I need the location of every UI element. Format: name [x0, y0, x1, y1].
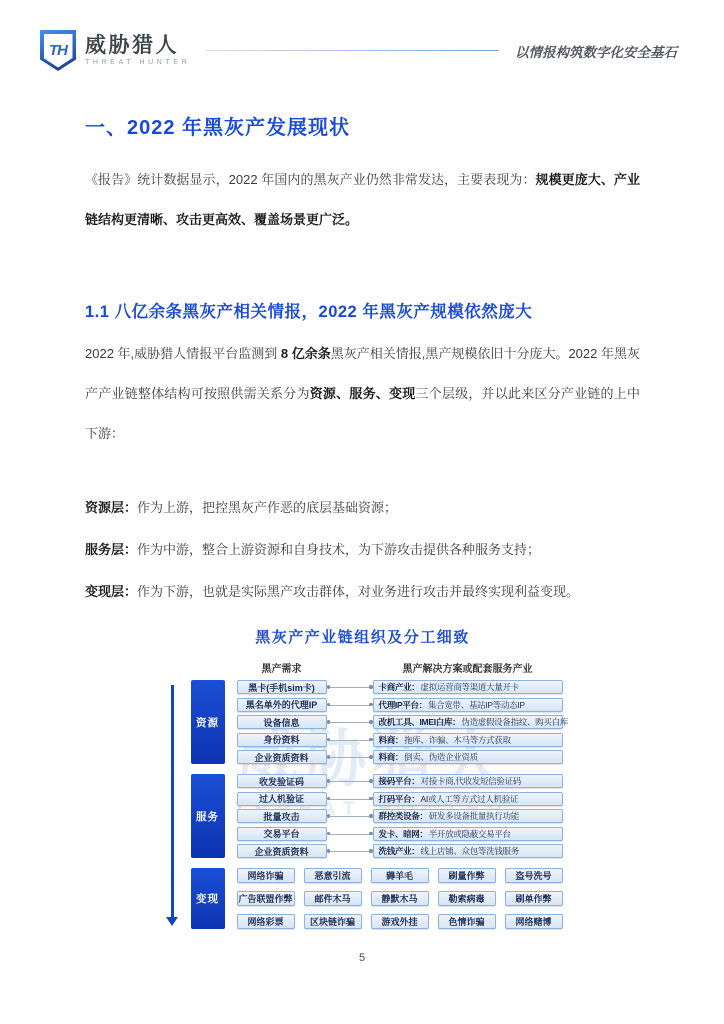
- solution-box: 接码平台：对接卡商,代收发短信验证码: [373, 774, 563, 788]
- solution-box: 洗钱产业：线上店铺、众包等洗钱服务: [373, 844, 563, 858]
- connector-dot: [369, 779, 373, 783]
- monetize-cell: 静默木马: [371, 891, 429, 906]
- group-rows: 黑卡(手机sim卡) 卡商产业：虚拟运营商等渠道大量开卡 黑名单外的代理IP 代…: [237, 680, 563, 764]
- need-box: 交易平台: [237, 827, 327, 841]
- need-box: 企业资质资料: [237, 750, 327, 764]
- connector-dot: [327, 814, 331, 818]
- solution-desc: AI或人工等方式过人机验证: [421, 793, 519, 805]
- connector-dot: [327, 832, 331, 836]
- section-title: 一、2022 年黑灰产发展现状: [85, 111, 640, 140]
- paragraph-bold-text: 资源、服务、变现: [310, 386, 416, 401]
- connector-dot: [327, 779, 331, 783]
- group-label-resource: 资源: [191, 680, 225, 764]
- report-page: TH 威胁猎人 THREAT HUNTER 以情报构筑数字化安全基石 一、202…: [0, 0, 724, 1024]
- solution-box: 发卡、暗网：半开放或隐蔽交易平台: [373, 827, 563, 841]
- solution-label: 卡商产业：: [379, 681, 420, 693]
- solution-desc: 集合宽带、基站IP等动态IP: [428, 699, 525, 711]
- header-divider: [206, 50, 499, 51]
- diagram-row: 设备信息 改机工具、IMEI白库：伪造虚假设备指纹、购买白库: [237, 715, 563, 729]
- need-box: 收发验证码: [237, 774, 327, 788]
- need-box: 设备信息: [237, 715, 327, 729]
- connector-dot: [327, 755, 331, 759]
- monetize-cell: 恶意引流: [304, 868, 362, 883]
- brand-logo: TH 威胁猎人 THREAT HUNTER: [40, 30, 190, 71]
- group-label-service: 服务: [191, 774, 225, 858]
- paragraph-bold-text: 8 亿余条: [281, 346, 331, 361]
- diagram-row: 企业资质资料 洗钱产业：线上店铺、众包等洗钱服务: [237, 844, 563, 858]
- monetize-cell: 盗号洗号: [505, 868, 563, 883]
- solution-box: 群控类设备：研发多设备批量执行功能: [373, 809, 563, 823]
- definition-monetize-layer: 变现层：作为下游，也就是实际黑产攻击群体，对业务进行攻击并最终实现利益变现。: [85, 584, 640, 600]
- solution-desc: 倒卖、伪造企业资质: [404, 751, 478, 763]
- monetize-cell: 色情诈骗: [438, 914, 496, 929]
- solution-label: 发卡、暗网：: [379, 828, 428, 840]
- diagram-row: 过人机验证 打码平台：AI或人工等方式过人机验证: [237, 792, 563, 806]
- monetize-cell: 刷单作弊: [505, 891, 563, 906]
- monetize-cell: 网络赌博: [505, 914, 563, 929]
- connector-dot: [369, 755, 373, 759]
- brand-name-en: THREAT HUNTER: [85, 59, 190, 66]
- solution-box: 代理IP平台：集合宽带、基站IP等动态IP: [373, 698, 563, 712]
- monetize-cell: 网络诈骗: [237, 868, 295, 883]
- diagram-title: 黑灰产产业链组织及分工细致: [85, 626, 640, 647]
- connector-line: [327, 774, 373, 788]
- monetize-cell: 邮件木马: [304, 891, 362, 906]
- group-resource: 资源 黑卡(手机sim卡) 卡商产业：虚拟运营商等渠道大量开卡 黑名单外的代理I…: [191, 680, 563, 764]
- definition-resource-layer: 资源层：作为上游，把控黑灰产作恶的底层基础资源；: [85, 500, 640, 516]
- connector-line: [327, 792, 373, 806]
- group-rows: 收发验证码 接码平台：对接卡商,代收发短信验证码 过人机验证 打码平台：AI或人…: [237, 774, 563, 858]
- monetize-cell: 广告联盟作弊: [237, 891, 295, 906]
- solution-box: 料商：拖库、诈骗、木马等方式获取: [373, 733, 563, 747]
- page-header: TH 威胁猎人 THREAT HUNTER 以情报构筑数字化安全基石: [0, 0, 724, 71]
- solution-desc: 对接卡商,代收发短信验证码: [421, 775, 521, 787]
- industry-chain-diagram: 黑灰产产业链组织及分工细致 威胁猎人 THREAT HUNTER 黑产需求 黑产…: [85, 626, 640, 929]
- diagram-row: 身份资料 料商：拖库、诈骗、木马等方式获取: [237, 733, 563, 747]
- need-box: 黑卡(手机sim卡): [237, 680, 327, 694]
- need-box: 黑名单外的代理IP: [237, 698, 327, 712]
- connector-dot: [327, 797, 331, 801]
- connector-line: [327, 680, 373, 694]
- monetize-grid: 网络诈骗 恶意引流 薅羊毛 刷量作弊 盗号洗号 广告联盟作弊 邮件木马 静默木马…: [237, 868, 563, 929]
- connector-line: [327, 715, 373, 729]
- column-header-solutions: 黑产解决方案或配套服务产业: [373, 660, 563, 675]
- header-tagline: 以情报构筑数字化安全基石: [515, 41, 677, 61]
- diagram-row: 批量攻击 群控类设备：研发多设备批量执行功能: [237, 809, 563, 823]
- solution-label: 料商：: [379, 734, 404, 746]
- definition-desc: 作为上游，把控黑灰产作恶的底层基础资源；: [137, 500, 397, 515]
- brand-name-cn: 威胁猎人: [85, 35, 190, 56]
- connector-dot: [369, 832, 373, 836]
- paragraph-text: 《报告》统计数据显示，2022 年国内的黑灰产业仍然非常发达，主要表现为：: [85, 172, 536, 187]
- definition-term: 资源层：: [85, 500, 137, 515]
- sub-section-title: 1.1 八亿余条黑灰产相关情报，2022 年黑灰产规模依然庞大: [85, 298, 640, 322]
- paragraph-overview: 《报告》统计数据显示，2022 年国内的黑灰产业仍然非常发达，主要表现为：规模更…: [85, 160, 640, 240]
- monetize-cell: 区块链诈骗: [304, 914, 362, 929]
- diagram-row: 交易平台 发卡、暗网：半开放或隐蔽交易平台: [237, 827, 563, 841]
- connector-dot: [369, 814, 373, 818]
- logo-monogram: TH: [49, 42, 67, 59]
- solution-desc: 线上店铺、众包等洗钱服务: [421, 845, 519, 857]
- solution-label: 接码平台：: [379, 775, 420, 787]
- solution-desc: 研发多设备批量执行功能: [429, 810, 519, 822]
- solution-box: 料商：倒卖、伪造企业资质: [373, 750, 563, 764]
- shield-logo-icon: TH: [40, 30, 76, 71]
- connector-dot: [369, 849, 373, 853]
- monetize-cell: 游戏外挂: [371, 914, 429, 929]
- solution-box: 改机工具、IMEI白库：伪造虚假设备指纹、购买白库: [373, 715, 563, 729]
- connector-dot: [369, 703, 373, 707]
- solution-box: 打码平台：AI或人工等方式过人机验证: [373, 792, 563, 806]
- group-label-monetize: 变现: [191, 868, 225, 929]
- connector-line: [327, 809, 373, 823]
- page-body: 一、2022 年黑灰产发展现状 《报告》统计数据显示，2022 年国内的黑灰产业…: [0, 111, 724, 929]
- need-box: 身份资料: [237, 733, 327, 747]
- connector-line: [327, 844, 373, 858]
- column-header-demand: 黑产需求: [237, 660, 327, 675]
- connector-line: [327, 698, 373, 712]
- connector-dot: [369, 685, 373, 689]
- page-number: 5: [0, 952, 724, 964]
- downward-flow-arrow-icon: [171, 685, 174, 917]
- diagram-canvas: 威胁猎人 THREAT HUNTER 黑产需求 黑产解决方案或配套服务产业 资源…: [163, 659, 563, 929]
- connector-dot: [369, 738, 373, 742]
- solution-label: 代理IP平台：: [379, 699, 427, 711]
- diagram-row: 黑卡(手机sim卡) 卡商产业：虚拟运营商等渠道大量开卡: [237, 680, 563, 694]
- connector-dot: [327, 738, 331, 742]
- diagram-row: 企业资质资料 料商：倒卖、伪造企业资质: [237, 750, 563, 764]
- connector-dot: [327, 685, 331, 689]
- solution-label: 打码平台：: [379, 793, 420, 805]
- paragraph-text: 2022 年,威胁猎人情报平台监测到: [85, 346, 281, 361]
- definition-desc: 作为中游，整合上游资源和自身技术，为下游攻击提供各种服务支持；: [137, 542, 540, 557]
- definition-service-layer: 服务层：作为中游，整合上游资源和自身技术，为下游攻击提供各种服务支持；: [85, 542, 640, 558]
- definition-term: 变现层：: [85, 584, 137, 599]
- solution-box: 卡商产业：虚拟运营商等渠道大量开卡: [373, 680, 563, 694]
- diagram-row: 黑名单外的代理IP 代理IP平台：集合宽带、基站IP等动态IP: [237, 698, 563, 712]
- brand-text: 威胁猎人 THREAT HUNTER: [85, 35, 190, 66]
- connector-dot: [369, 720, 373, 724]
- connector-dot: [327, 720, 331, 724]
- group-service: 服务 收发验证码 接码平台：对接卡商,代收发短信验证码 过人机验证 打码平台：A…: [191, 774, 563, 858]
- solution-desc: 虚拟运营商等渠道大量开卡: [421, 681, 519, 693]
- layer-definitions: 资源层：作为上游，把控黑灰产作恶的底层基础资源； 服务层：作为中游，整合上游资源…: [85, 500, 640, 600]
- solution-desc: 半开放或隐蔽交易平台: [429, 828, 511, 840]
- solution-label: 改机工具、IMEI白库：: [379, 716, 461, 728]
- solution-desc: 伪造虚假设备指纹、购买白库: [461, 716, 568, 728]
- diagram-row: 收发验证码 接码平台：对接卡商,代收发短信验证码: [237, 774, 563, 788]
- monetize-cell: 刷量作弊: [438, 868, 496, 883]
- solution-label: 群控类设备：: [379, 810, 428, 822]
- monetize-cell: 勒索病毒: [438, 891, 496, 906]
- definition-desc: 作为下游，也就是实际黑产攻击群体，对业务进行攻击并最终实现利益变现。: [137, 584, 579, 599]
- solution-label: 洗钱产业：: [379, 845, 420, 857]
- solution-desc: 拖库、诈骗、木马等方式获取: [404, 734, 511, 746]
- solution-label: 料商：: [379, 751, 404, 763]
- connector-line: [327, 733, 373, 747]
- monetize-cell: 薅羊毛: [371, 868, 429, 883]
- monetize-cell: 网络彩票: [237, 914, 295, 929]
- need-box: 过人机验证: [237, 792, 327, 806]
- need-box: 企业资质资料: [237, 844, 327, 858]
- connector-line: [327, 827, 373, 841]
- definition-term: 服务层：: [85, 542, 137, 557]
- diagram-column-headers: 黑产需求 黑产解决方案或配套服务产业: [191, 659, 563, 675]
- connector-dot: [327, 849, 331, 853]
- connector-dot: [369, 797, 373, 801]
- paragraph-scale: 2022 年,威胁猎人情报平台监测到 8 亿余条黑灰产相关情报,黑产规模依旧十分…: [85, 334, 640, 454]
- group-monetize: 变现 网络诈骗 恶意引流 薅羊毛 刷量作弊 盗号洗号 广告联盟作弊 邮件木马 静…: [191, 868, 563, 929]
- need-box: 批量攻击: [237, 809, 327, 823]
- connector-line: [327, 750, 373, 764]
- connector-dot: [327, 703, 331, 707]
